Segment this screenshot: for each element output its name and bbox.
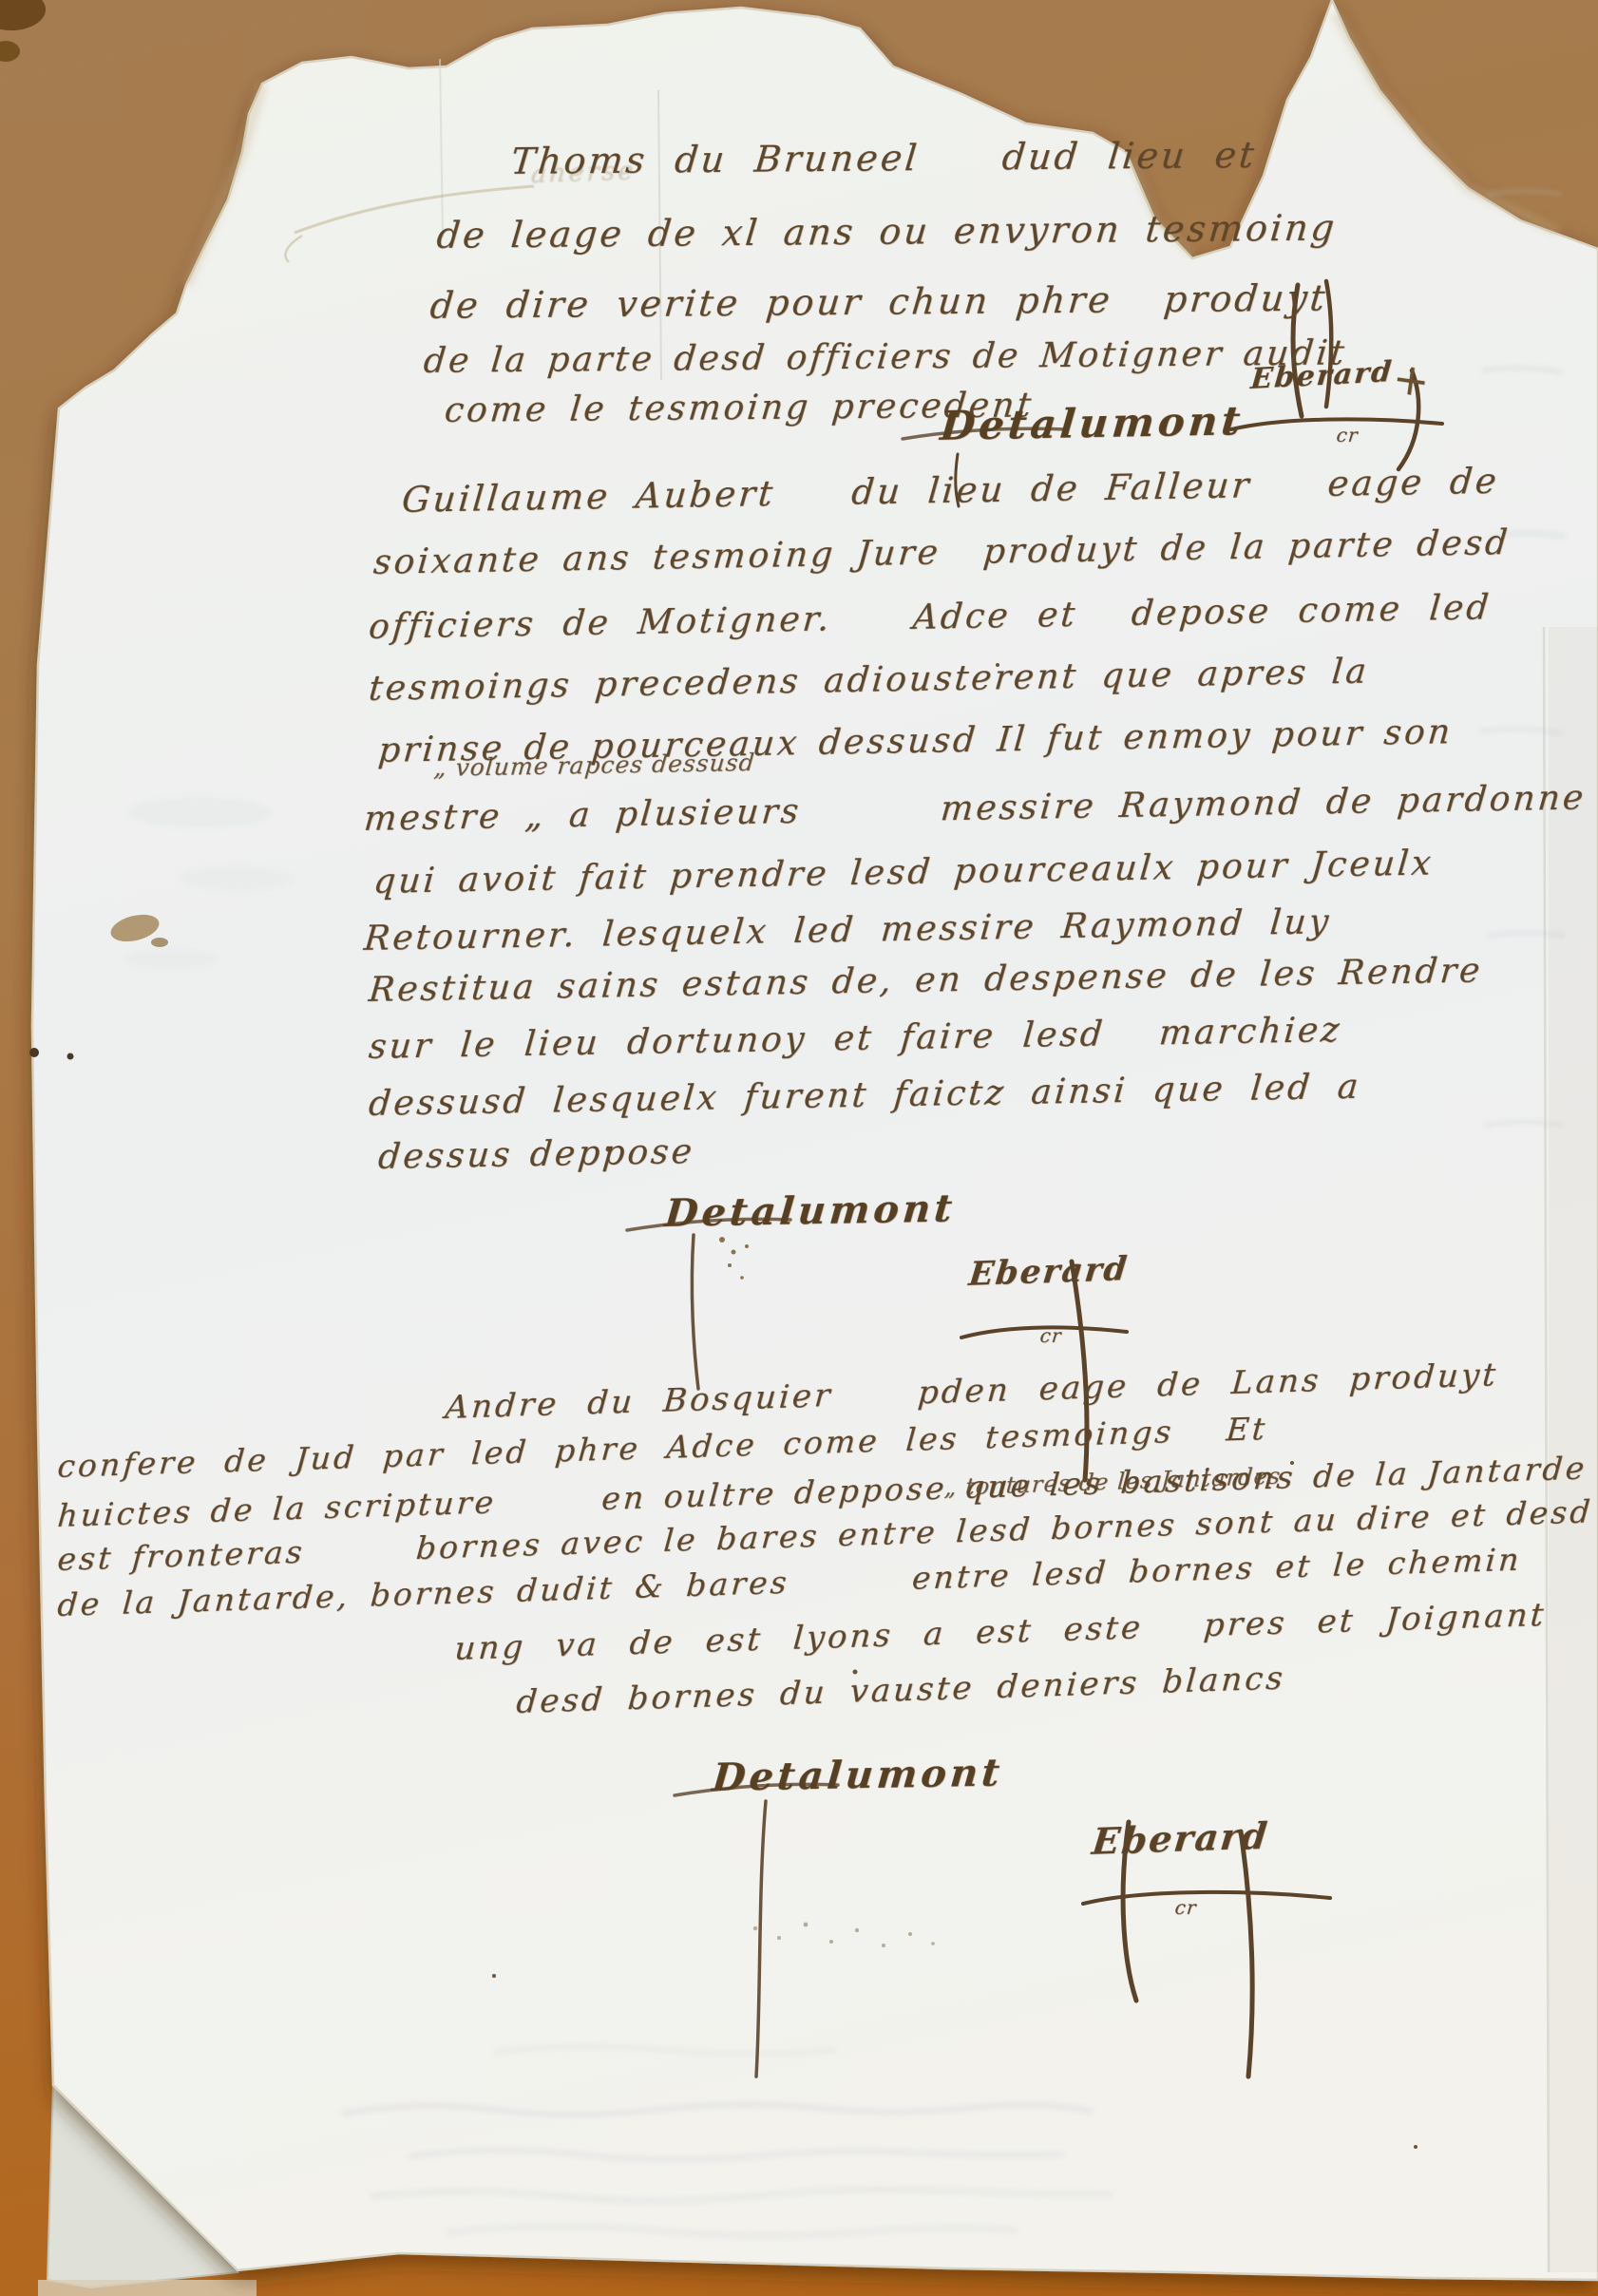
- manuscript-photo: aherse Thoms du Bruneel dud lieu et de l…: [0, 0, 1598, 2296]
- signature-paraph: cr: [1173, 1896, 1197, 1919]
- manuscript-line: de la parte desd officiers de Motigner a…: [422, 334, 1348, 381]
- place-heading: Detalumont: [663, 1186, 958, 1236]
- manuscript-line: de dire verite pour chun phre produyt: [428, 277, 1330, 327]
- board-stain: [0, 0, 46, 30]
- place-heading: Detalumont: [939, 397, 1246, 449]
- table-edge-strip: [38, 2280, 257, 2296]
- signature-paraph: cr: [1038, 1324, 1062, 1347]
- place-heading: Detalumont: [711, 1751, 1005, 1800]
- clerk-signature: Eberard: [967, 1250, 1131, 1294]
- interlinear-insertion: „ volume rapces dessusd: [432, 749, 756, 782]
- insertion-cross-mark: +: [1389, 351, 1436, 408]
- manuscript-line: Thoms du Bruneel dud lieu et: [509, 134, 1259, 182]
- manuscript-line: de leage de xl ans ou envyron tesmoing: [435, 207, 1339, 256]
- signature-paraph: cr: [1335, 424, 1359, 446]
- clerk-signature: Eberard: [1090, 1814, 1270, 1863]
- manuscript-line: dessus deppose: [376, 1132, 695, 1177]
- board-stain: [0, 41, 20, 62]
